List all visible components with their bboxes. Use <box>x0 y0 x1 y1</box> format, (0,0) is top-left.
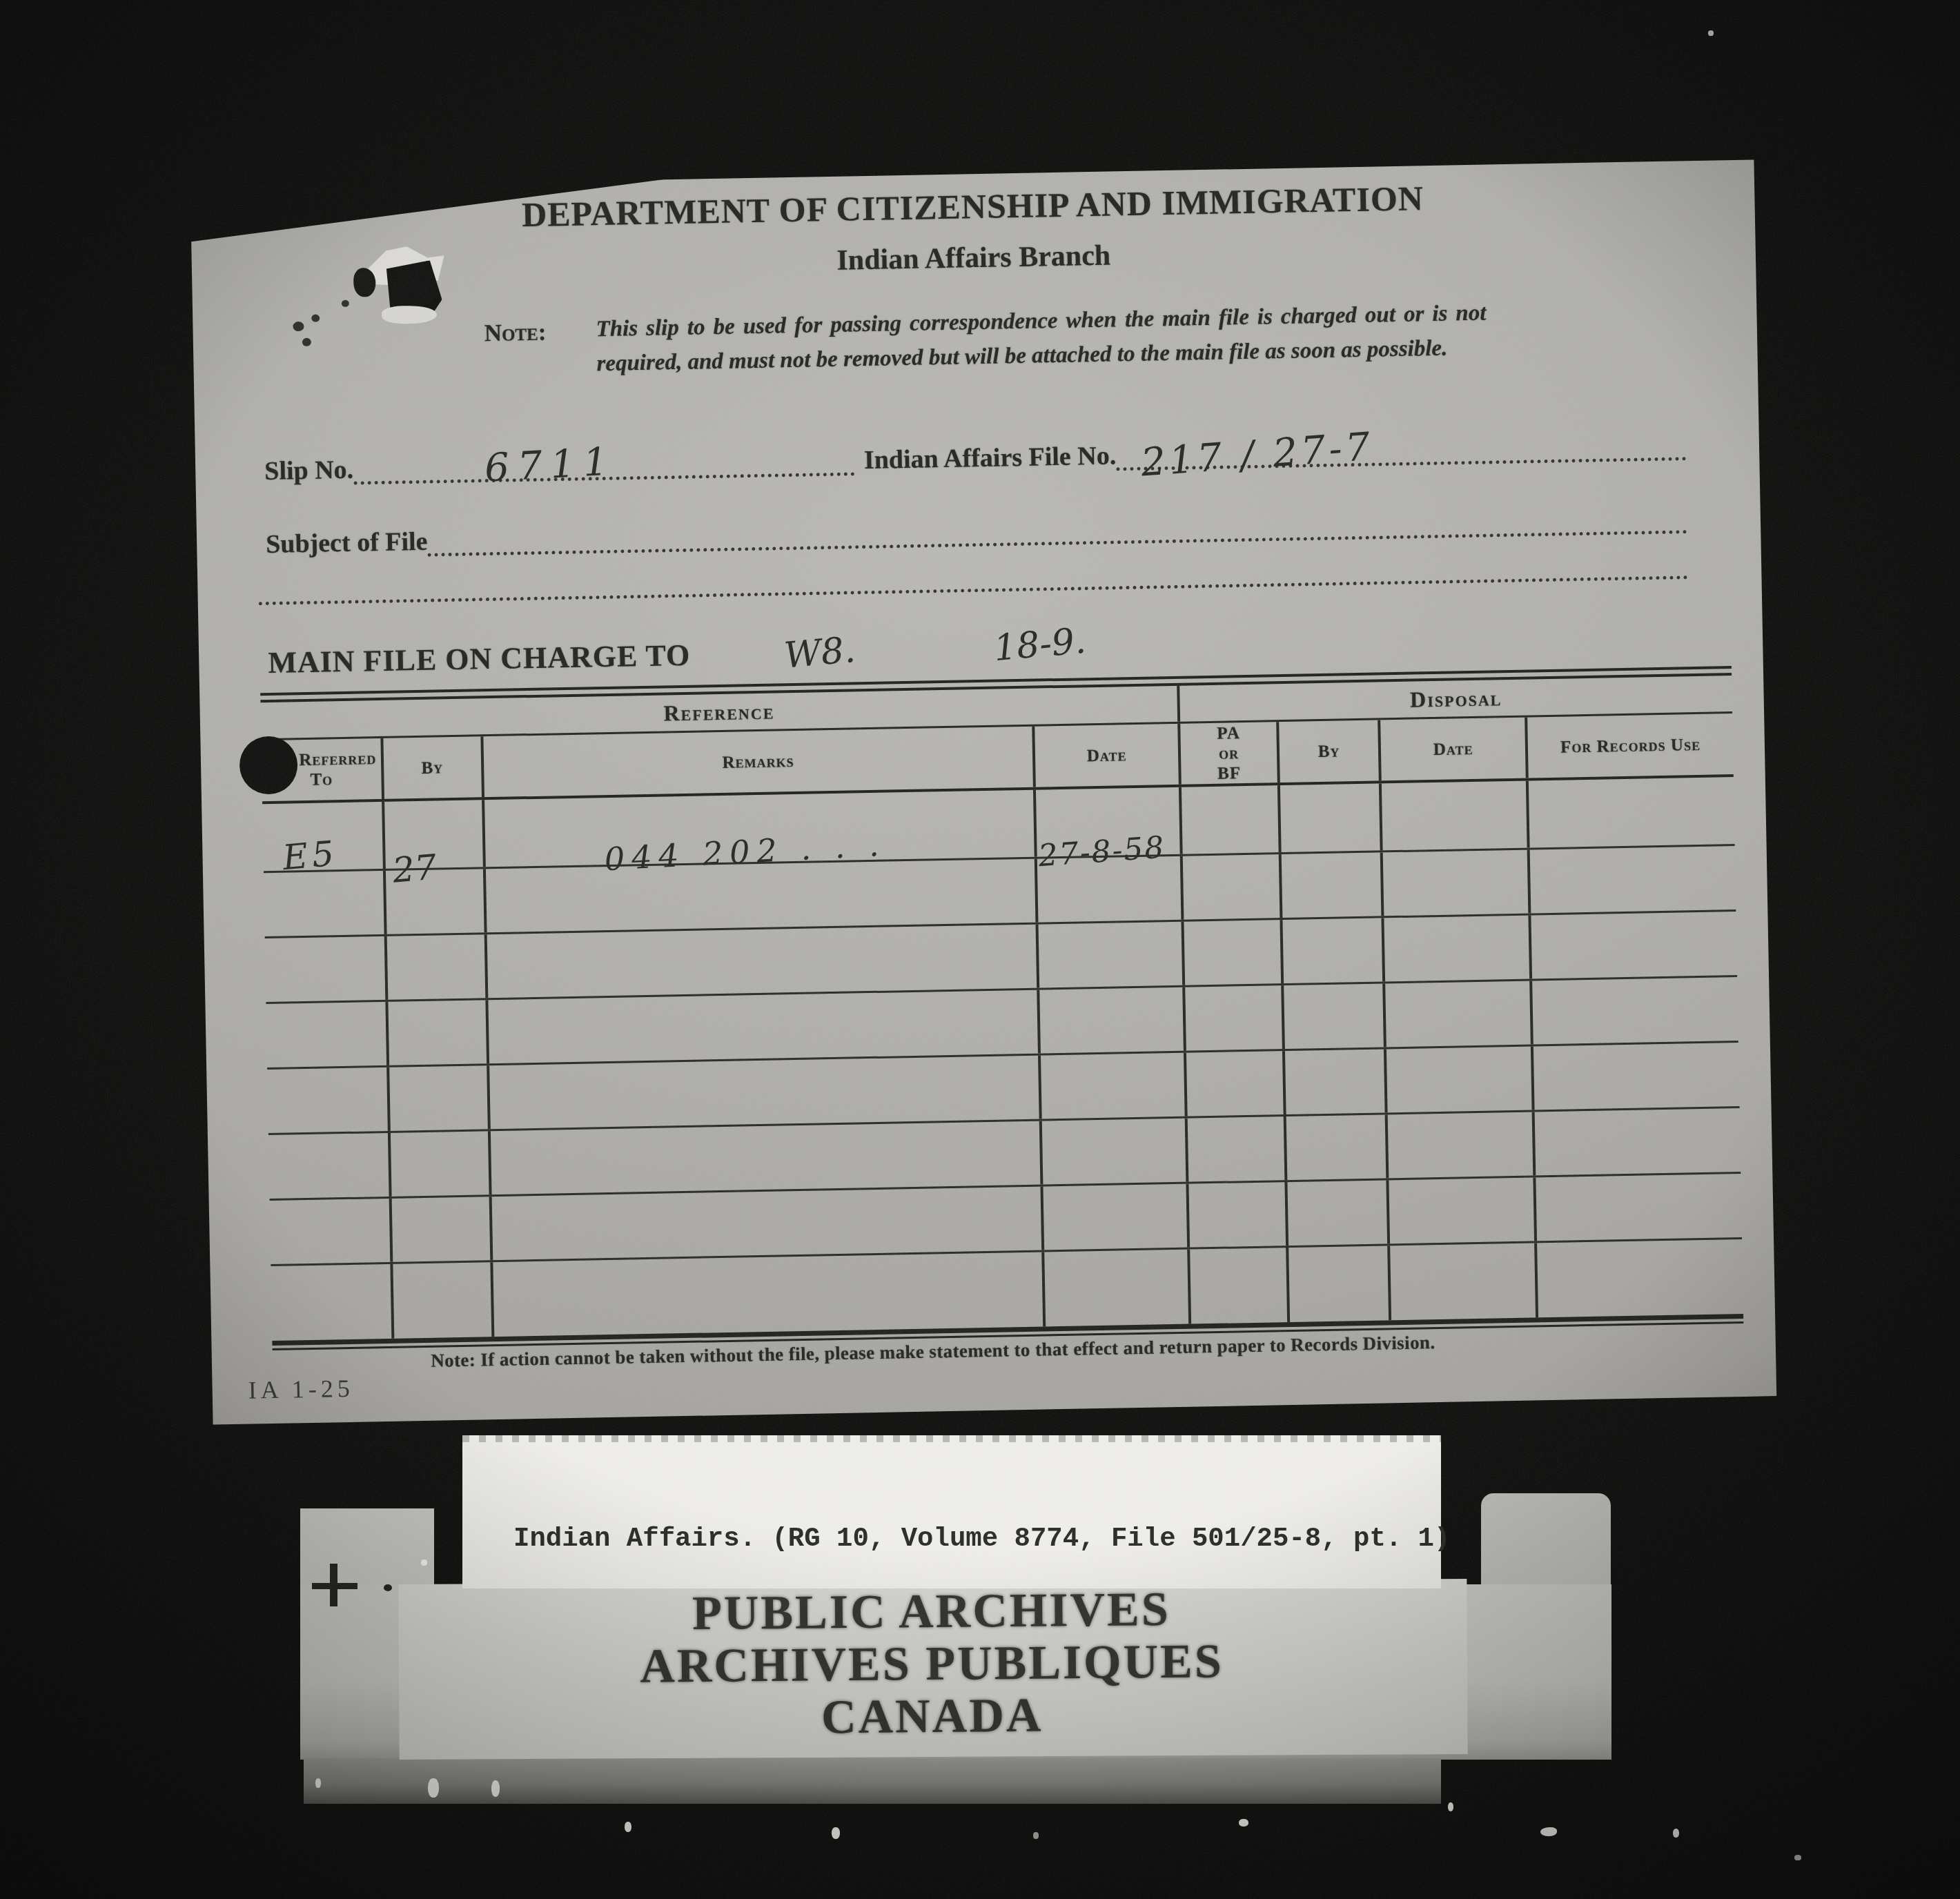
stamp-line-1: PUBLIC ARCHIVES <box>482 1582 1380 1642</box>
speck <box>1540 1827 1557 1836</box>
note-label: Note: <box>484 319 546 348</box>
subject-label: Subject of File <box>266 527 428 560</box>
archival-label-card: Indian Affairs. (RG 10, Volume 8774, Fil… <box>462 1435 1441 1588</box>
public-archives-stamp: PUBLIC ARCHIVES ARCHIVES PUBLIQUES CANAD… <box>482 1582 1381 1747</box>
main-file-value-date: 18-9. <box>992 620 1088 670</box>
paper-tear-highlight <box>382 305 437 324</box>
stamp-line-2: ARCHIVES PUBLIQUES <box>483 1634 1381 1694</box>
ink-dot <box>384 1584 392 1591</box>
microfilm-frame: DEPARTMENT OF CITIZENSHIP AND IMMIGRATIO… <box>0 0 1960 1899</box>
col-date: Date <box>1087 745 1127 766</box>
speck <box>832 1827 840 1839</box>
speck <box>491 1780 500 1797</box>
ink-speck <box>311 315 320 322</box>
file-no-field: 217 / 27-7 <box>1116 429 1687 471</box>
subject-field <box>427 502 1687 556</box>
col-date-2: Date <box>1433 738 1473 759</box>
note-text: This slip to be used for passing corresp… <box>596 296 1487 382</box>
slip-no-field: 6711 <box>353 444 855 484</box>
col-by: By <box>421 758 443 778</box>
slip-no-label: Slip No. <box>264 455 354 486</box>
speck <box>1708 30 1714 36</box>
ink-speck <box>342 300 349 307</box>
col-pa-or-bf: PA or BF <box>1206 722 1252 783</box>
registration-cross-icon <box>312 1583 357 1589</box>
perforated-edge <box>462 1435 1441 1442</box>
speck <box>421 1559 427 1566</box>
speck <box>1033 1832 1039 1839</box>
file-slip-document: DEPARTMENT OF CITIZENSHIP AND IMMIGRATIO… <box>190 159 1776 1424</box>
main-file-label: MAIN FILE ON CHARGE TO <box>268 638 691 680</box>
archival-caption: Indian Affairs. (RG 10, Volume 8774, Fil… <box>513 1524 1450 1554</box>
speck <box>428 1778 439 1798</box>
speck <box>625 1822 631 1832</box>
speck <box>315 1778 321 1788</box>
col-by-2: By <box>1318 741 1340 762</box>
ink-speck <box>293 322 304 331</box>
file-no-value: 217 / 27-7 <box>1139 424 1375 486</box>
routing-table: Reference Disposal Referred To By Remark… <box>260 666 1743 1350</box>
speck <box>1239 1819 1248 1827</box>
col-remarks: Remarks <box>722 751 794 773</box>
subject-continuation-line <box>258 547 1688 605</box>
speck <box>1448 1802 1453 1811</box>
col-referred-to: Referred To <box>299 749 344 790</box>
main-file-value-office: W8. <box>783 629 857 677</box>
slip-no-value: 6711 <box>483 439 617 491</box>
file-no-label: Indian Affairs File No. <box>864 440 1117 475</box>
col-records-use: For Records Use <box>1560 734 1701 757</box>
stamp-line-3: CANADA <box>483 1686 1381 1747</box>
speck <box>1673 1829 1679 1838</box>
archive-band-lower-edge <box>304 1758 1441 1804</box>
speck <box>1794 1855 1801 1860</box>
slip-number-row: Slip No. 6711 Indian Affairs File No. 21… <box>264 429 1686 486</box>
ink-speck <box>302 338 311 346</box>
paper-tear-spot <box>353 268 376 297</box>
form-number: IA 1-25 <box>248 1374 354 1405</box>
